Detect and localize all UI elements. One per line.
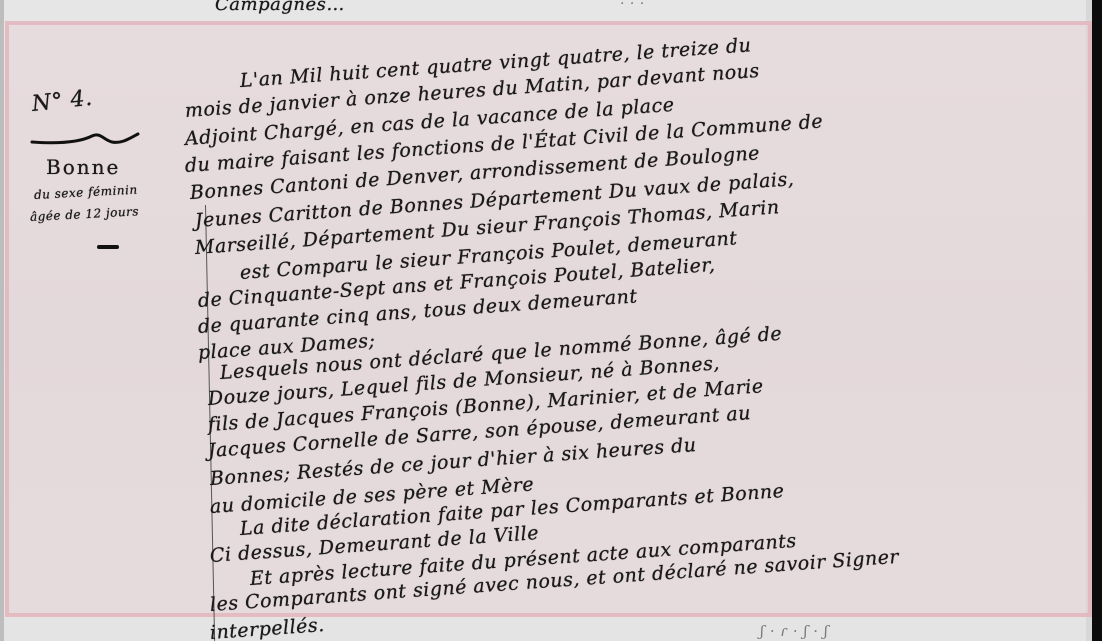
margin-name: Bonne bbox=[46, 155, 120, 179]
header-fragment: Campagnes… bbox=[215, 0, 345, 15]
scan-right-edge bbox=[1092, 0, 1102, 641]
flourish-icon bbox=[30, 128, 140, 150]
scan-left-edge bbox=[0, 0, 4, 641]
body-line: interpellés. bbox=[209, 614, 325, 641]
scanned-document-page: Campagnes… · · · N° 4. Bonne du sexe fém… bbox=[0, 0, 1102, 641]
header-faint-text: · · · bbox=[620, 0, 645, 12]
faint-signature-marks: ʃ · ɾ · ʃ · ʃ bbox=[760, 622, 828, 640]
margin-dash bbox=[97, 245, 119, 249]
